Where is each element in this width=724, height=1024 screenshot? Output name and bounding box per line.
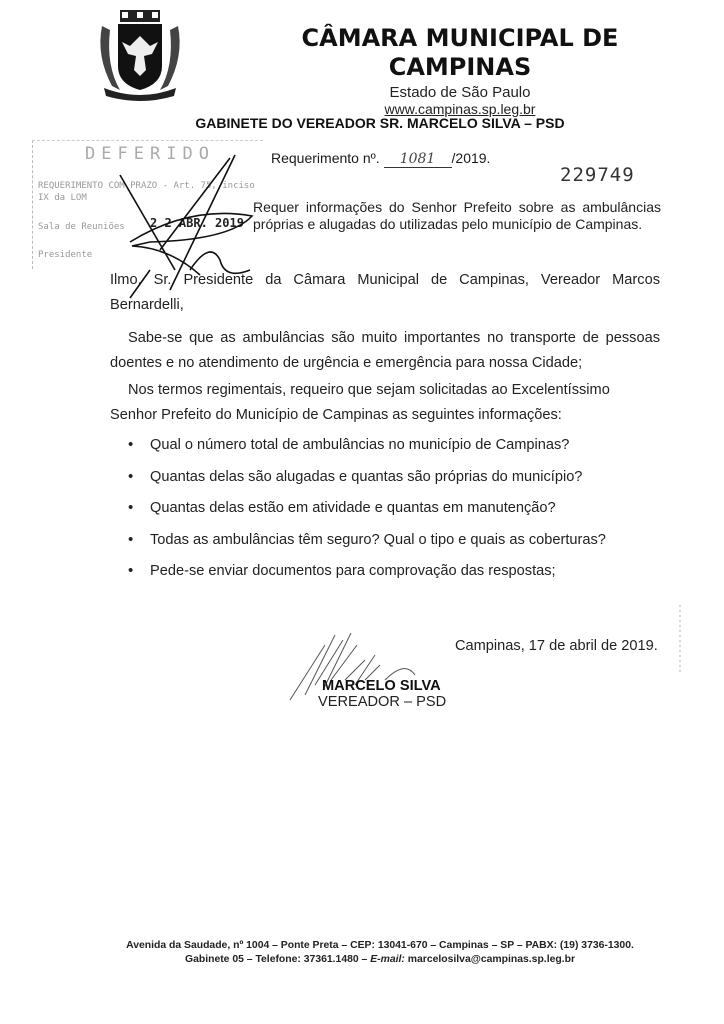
- signer-role: VEREADOR – PSD: [318, 694, 446, 710]
- request-number: 1081: [384, 151, 452, 168]
- list-item: Qual o número total de ambulâncias no mu…: [128, 436, 668, 468]
- footer-contact: Gabinete 05 – Telefone: 37361.1480 – E-m…: [90, 954, 670, 965]
- greeting-line-2: Bernardelli,: [110, 293, 660, 318]
- footer-address: Avenida da Saudade, nº 1004 – Ponte Pret…: [90, 940, 670, 951]
- paragraph-1: Sabe-se que as ambulâncias são muito imp…: [110, 326, 660, 376]
- request-subject: Requer informações do Senhor Prefeito so…: [253, 199, 661, 233]
- email-link[interactable]: marcelosilva@campinas.sp.leg.br: [408, 954, 575, 965]
- state-label: Estado de São Paulo: [300, 84, 620, 101]
- email-label: E-mail:: [370, 954, 405, 965]
- title-line-1: CÂMARA MUNICIPAL DE: [300, 24, 620, 53]
- request-label: Requerimento nº.: [271, 150, 380, 166]
- municipal-coat-of-arms-icon: [92, 6, 188, 102]
- list-item: Quantas delas são alugadas e quantas são…: [128, 468, 668, 500]
- list-item: Pede-se enviar documentos para comprovaç…: [128, 562, 668, 594]
- office-heading: GABINETE DO VEREADOR SR. MARCELO SILVA –…: [140, 115, 620, 131]
- place-date: Campinas, 17 de abril de 2019.: [455, 638, 658, 654]
- signer-name: MARCELO SILVA: [322, 678, 441, 694]
- questions-list: Qual o número total de ambulâncias no mu…: [128, 436, 668, 594]
- list-item: Todas as ambulâncias têm seguro? Qual o …: [128, 531, 668, 563]
- list-item: Quantas delas estão em atividade e quant…: [128, 499, 668, 531]
- greeting-line-1: Ilmo. Sr. Presidente da Câmara Municipal…: [110, 268, 660, 293]
- footer-phone: Gabinete 05 – Telefone: 37361.1480 –: [185, 954, 370, 965]
- institution-title: CÂMARA MUNICIPAL DE CAMPINAS: [300, 24, 620, 82]
- paragraph-2: Nos termos regimentais, requeiro que sej…: [110, 378, 660, 428]
- protocol-number: 229749: [560, 164, 635, 186]
- request-number-line: Requerimento nº. 1081/2019.: [271, 150, 490, 168]
- request-year: /2019.: [452, 150, 491, 166]
- title-line-2: CAMPINAS: [300, 53, 620, 82]
- edge-perforation-marks: [674, 605, 686, 675]
